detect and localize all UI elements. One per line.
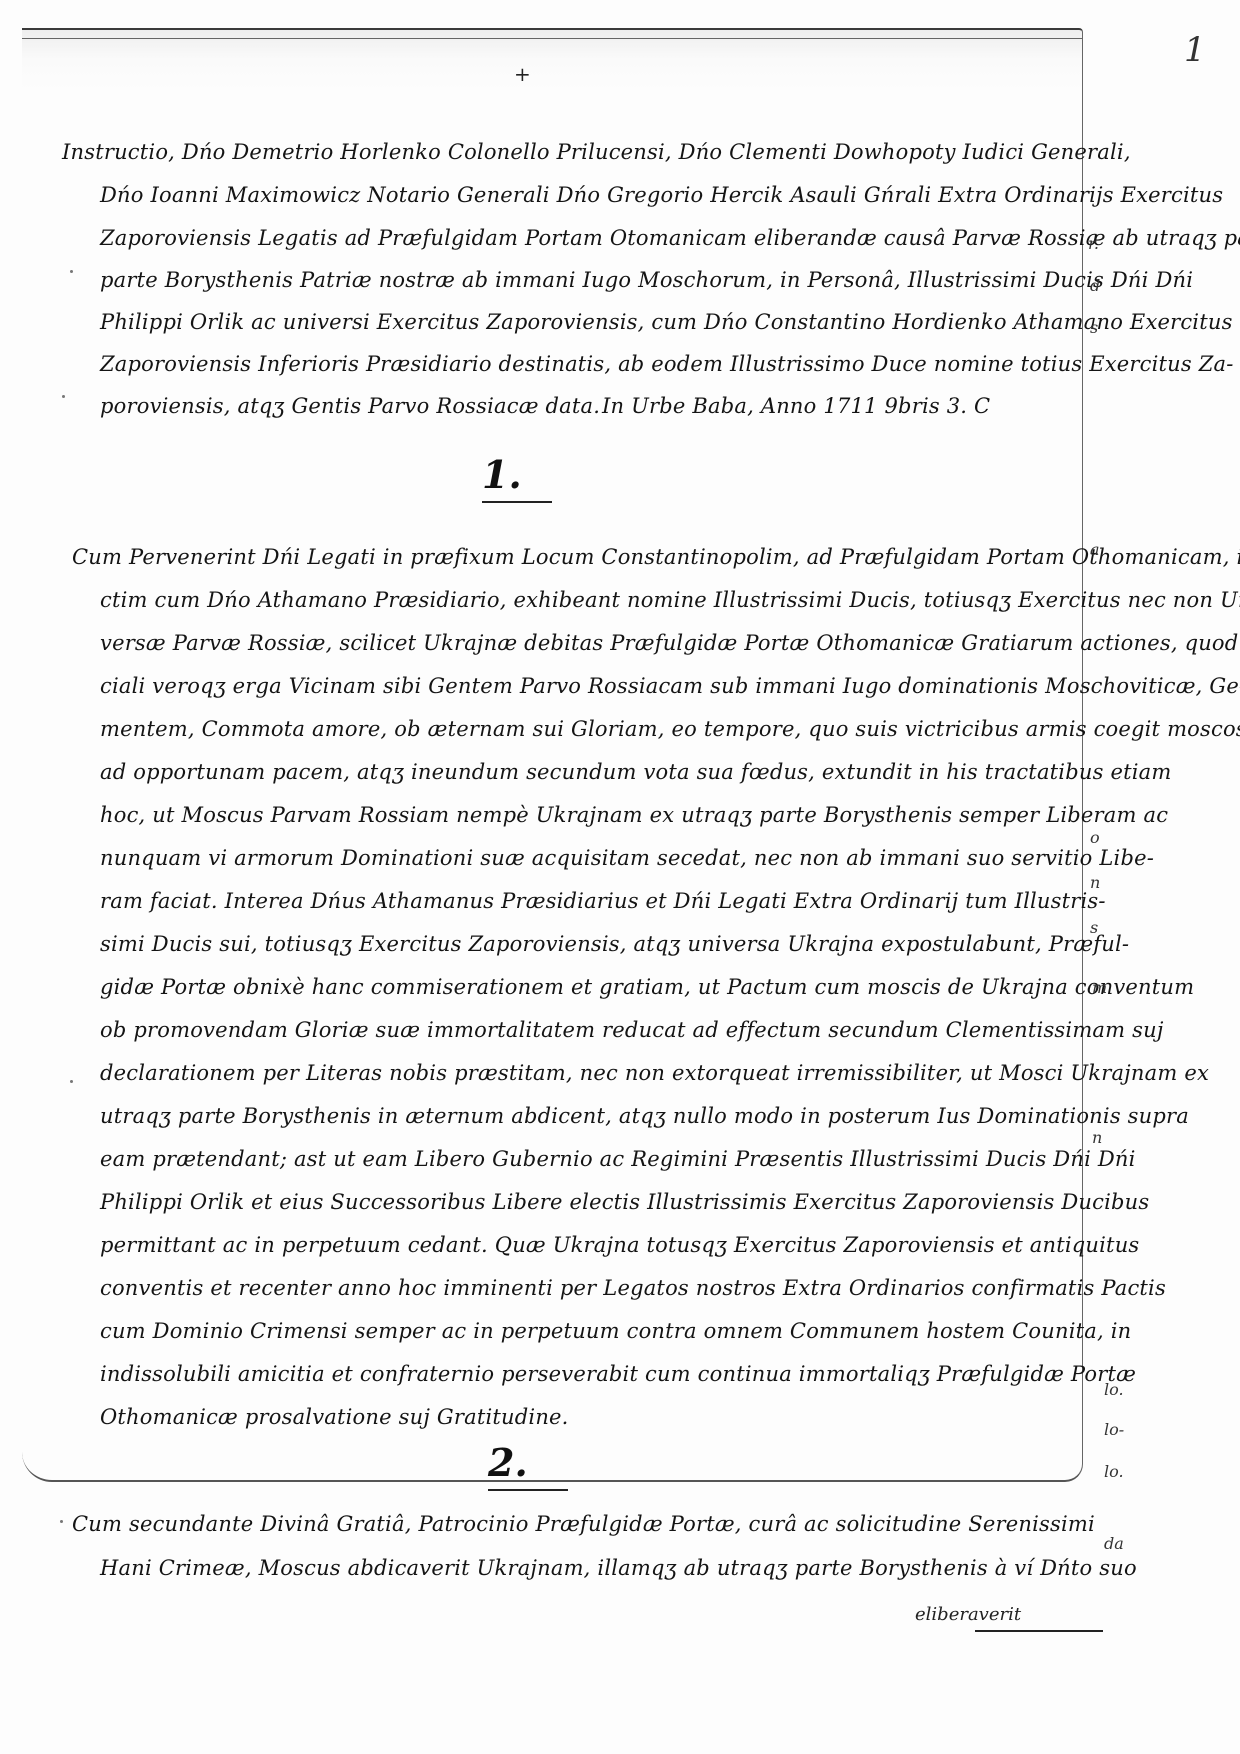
body-line: Cum secundante Divinâ Gratiâ, Patrocinio… [72,1512,1095,1536]
body-line: ad opportunam pacem, atqʒ ineundum secun… [100,760,1171,784]
body-line: versæ Parvæ Rossiæ, scilicet Ukrajnæ deb… [100,631,1240,655]
section-number: 1. [482,452,522,497]
body-line: permittant ac in perpetuum cedant. Quæ U… [100,1233,1139,1257]
scan-speck [70,1080,73,1083]
margin-note: m [1092,978,1107,997]
body-text: ob promovendam Gloriæ suæ immortalitatem… [100,1018,1164,1042]
body-line: Cum Pervenerint Dńi Legati in præfixum … [72,545,1240,569]
margin-note: d [1090,276,1100,295]
body-text: ram faciat. Interea Dńus Athamanus Præs… [100,889,1106,913]
cross-mark: + [514,62,531,86]
body-line: mentem, Commota amore, ob æternam sui Gl… [100,717,1240,741]
body-text: utraqʒ parte Borysthenis in æternum abdi… [100,1104,1189,1128]
body-text: eam prætendant; ast ut eam Libero Gubern… [100,1147,1136,1171]
margin-note: n [1092,1128,1102,1147]
body-text: hoc, ut Moscus Parvam Rossiam nempè Ukra… [100,803,1168,827]
body-line: utraqʒ parte Borysthenis in æternum abdi… [100,1104,1189,1128]
body-line: hoc, ut Moscus Parvam Rossiam nempè Ukra… [100,803,1168,827]
margin-note: lo. [1104,1380,1124,1399]
body-line: ram faciat. Interea Dńus Athamanus Præs… [100,889,1106,913]
body-text: Othomanicæ prosalvatione suj Gratitudine… [100,1405,569,1429]
body-text: ad opportunam pacem, atqʒ ineundum secun… [100,760,1171,784]
body-line: gidæ Portæ obnixè hanc commiserationem e… [100,975,1194,999]
scan-speck [60,1520,63,1523]
section-heading-1: 1. [482,452,552,503]
title-text: Instructio, Dńo Demetrio Horlenko Colon… [62,140,1131,164]
margin-note: o [1090,828,1100,847]
body-text: gidæ Portæ obnixè hanc commiserationem e… [100,975,1194,999]
dateline-text: In Urbe Baba, Anno 1711 9bris 3. C [602,394,990,418]
body-line: Hani Crimeæ, Moscus abdicaverit Ukrajnam… [100,1556,1137,1580]
body-text: indissolubili amicitia et confraternio p… [100,1362,1136,1386]
title-line: poroviensis, atqʒ Gentis Parvo Rossiacæ … [100,394,600,418]
body-line: indissolubili amicitia et confraternio p… [100,1362,1136,1386]
body-text: Hani Crimeæ, Moscus abdicaverit Ukrajnam… [100,1556,1137,1580]
body-line: nunquam vi armorum Dominationi suæ acqui… [100,846,1154,870]
body-text: conventis et recenter anno hoc imminenti… [100,1276,1166,1300]
body-text: mentem, Commota amore, ob æternam sui Gl… [100,717,1240,741]
margin-note: s [1090,318,1098,337]
title-line: Instructio, Dńo Demetrio Horlenko Colon… [62,140,1131,164]
title-text: Zaporoviensis Legatis ad Præfulgidam Por… [100,226,1240,250]
body-line: cum Dominio Crimensi semper ac in perpet… [100,1319,1131,1343]
title-text: Zaporoviensis Inferioris Præsidiario des… [100,352,1234,376]
section-heading-2: 2. [488,1440,568,1491]
margin-note: lo. [1104,1462,1124,1481]
title-line: Zaporoviensis Inferioris Præsidiario des… [100,352,1234,376]
body-line: simi Ducis sui, totiusqʒ Exercitus Zapor… [100,932,1129,956]
body-line: declarationem per Literas nobis præstita… [100,1061,1209,1085]
catchword-underline [975,1630,1103,1632]
body-line: ob promovendam Gloriæ suæ immortalitatem… [100,1018,1164,1042]
body-text: Cum secundante Divinâ Gratiâ, Patrocinio… [72,1512,1095,1536]
body-text: ciali veroqʒ erga Vicinam sibi Gentem Pa… [100,674,1240,698]
title-line: Zaporoviensis Legatis ad Præfulgidam Por… [100,226,1240,250]
title-line: Dńo Ioanni Maximowicz Notario Generali … [100,183,1223,207]
scan-speck [70,270,73,273]
body-text: Philippi Orlik et eius Successoribus Lib… [100,1190,1149,1214]
margin-note: r. [1088,234,1099,253]
title-text: parte Borysthenis Patriæ nostræ ab imman… [100,268,1193,292]
margin-note: a [1090,540,1100,559]
body-text: Cum Pervenerint Dńi Legati in præfixum … [72,545,1240,569]
body-text: nunquam vi armorum Dominationi suæ acqui… [100,846,1154,870]
heading-underline [488,1489,568,1491]
body-text: permittant ac in perpetuum cedant. Quæ U… [100,1233,1139,1257]
title-line: Philippi Orlik ac universi Exercitus Zap… [100,310,1233,334]
section-number: 2. [488,1440,528,1485]
body-line: ciali veroqʒ erga Vicinam sibi Gentem Pa… [100,674,1240,698]
margin-note: lo- [1104,1420,1124,1439]
body-text: cum Dominio Crimensi semper ac in perpet… [100,1319,1131,1343]
heading-underline [482,501,552,503]
folio-number: 1 [1184,30,1206,70]
margin-note: da [1104,1534,1124,1553]
body-line: Othomanicæ prosalvatione suj Gratitudine… [100,1405,569,1429]
title-line: parte Borysthenis Patriæ nostræ ab imman… [100,268,1193,292]
body-text: ctim cum Dńo Athamano Præsidiario, exhi… [100,588,1240,612]
margin-note: n [1090,873,1100,892]
body-line: Philippi Orlik et eius Successoribus Lib… [100,1190,1149,1214]
title-text: poroviensis, atqʒ Gentis Parvo Rossiacæ … [100,394,600,418]
body-text: versæ Parvæ Rossiæ, scilicet Ukrajnæ deb… [100,631,1240,655]
margin-note: s [1090,918,1098,937]
body-line: conventis et recenter anno hoc imminenti… [100,1276,1166,1300]
body-line: ctim cum Dńo Athamano Præsidiario, exhi… [100,588,1240,612]
catchword: eliberaverit [915,1604,1021,1625]
title-text: Dńo Ioanni Maximowicz Notario Generali … [100,183,1223,207]
dateline: In Urbe Baba, Anno 1711 9bris 3. C [602,394,990,418]
title-text: Philippi Orlik ac universi Exercitus Zap… [100,310,1233,334]
scan-speck [62,395,65,398]
body-text: declarationem per Literas nobis præstita… [100,1061,1209,1085]
body-text: simi Ducis sui, totiusqʒ Exercitus Zapor… [100,932,1129,956]
body-line: eam prætendant; ast ut eam Libero Gubern… [100,1147,1136,1171]
